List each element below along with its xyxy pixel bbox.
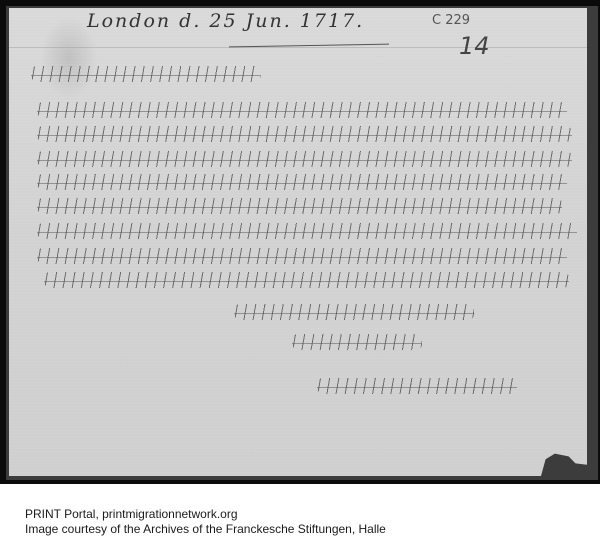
folio-number: 14: [459, 32, 490, 60]
image-caption: PRINT Portal, printmigrationnetwork.org …: [25, 507, 386, 537]
archive-mark: C 229: [432, 13, 470, 28]
handwriting-line: [37, 223, 577, 239]
handwriting-line: [37, 198, 562, 214]
handwriting-line: [37, 102, 567, 118]
handwriting-salutation: [31, 66, 261, 82]
handwriting-line: [44, 272, 569, 288]
handwriting-closing: [234, 304, 474, 320]
handwriting-line: [37, 248, 567, 264]
handwriting-line: [37, 174, 567, 190]
fold-line: [9, 47, 587, 48]
handwriting-signature: [317, 378, 517, 394]
place-date-line: London d. 25 Jun. 1717.: [87, 10, 364, 32]
caption-source: PRINT Portal, printmigrationnetwork.org: [25, 507, 386, 522]
handwriting-line: [37, 126, 572, 142]
handwriting-line: [37, 151, 572, 167]
letter-paper: London d. 25 Jun. 1717. C 229 14: [9, 8, 587, 476]
caption-credit: Image courtesy of the Archives of the Fr…: [25, 522, 386, 537]
scanned-document-image: London d. 25 Jun. 1717. C 229 14: [0, 0, 600, 484]
handwriting-closing: [292, 334, 422, 350]
